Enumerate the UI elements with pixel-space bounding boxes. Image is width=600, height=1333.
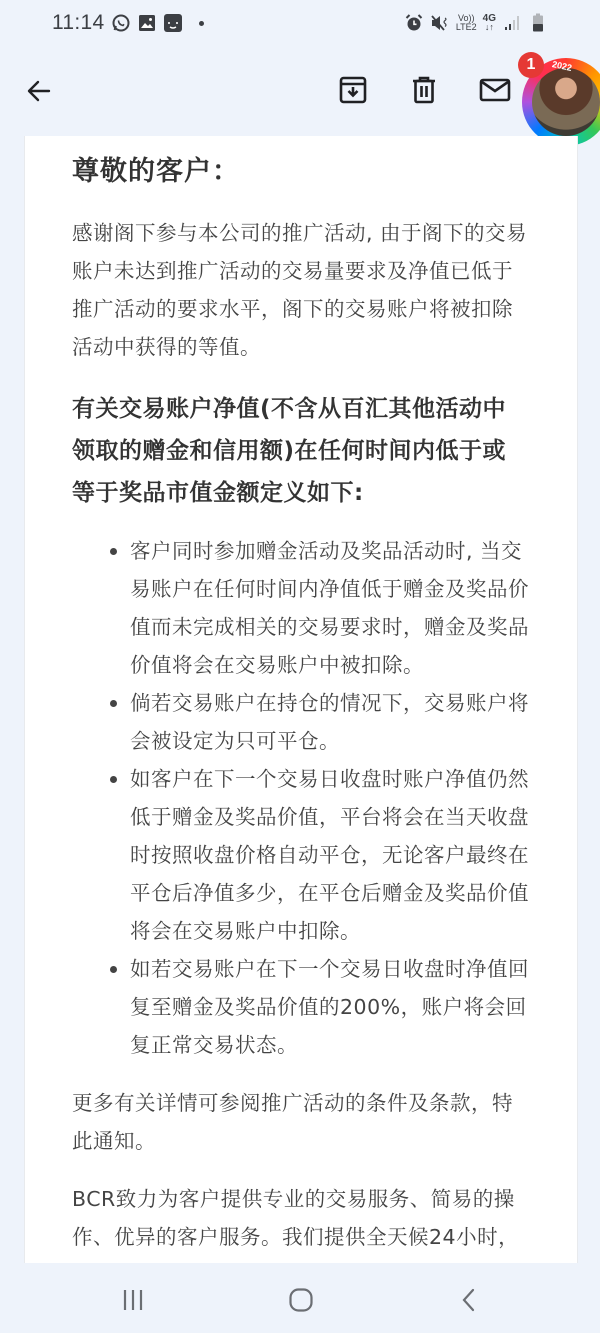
definition-list: 客户同时参加赠金活动及奖品活动时, 当交易账户在任何时间内净值低于赠金及奖品价值… bbox=[72, 532, 529, 1064]
chevron-left-icon bbox=[456, 1287, 482, 1313]
list-item: 倘若交易账户在持仓的情况下，交易账户将会被设定为只可平仓。 bbox=[72, 684, 533, 760]
mark-unread-button[interactable] bbox=[477, 72, 513, 108]
more-notifications-dot bbox=[199, 21, 204, 26]
email-greeting: 尊敬的客户： bbox=[72, 150, 529, 194]
recent-apps-button[interactable] bbox=[118, 1285, 148, 1315]
whatsapp-icon bbox=[111, 13, 131, 33]
system-back-button[interactable] bbox=[454, 1285, 484, 1315]
list-item: 如客户在下一个交易日收盘时账户净值仍然低于赠金及奖品价值，平台将会在当天收盘时按… bbox=[72, 760, 533, 950]
recents-icon bbox=[120, 1287, 146, 1313]
status-left: 11:14 bbox=[52, 11, 204, 35]
battery-icon bbox=[528, 13, 548, 33]
delete-button[interactable] bbox=[406, 72, 442, 108]
email-screen: 11:14 Vo)) LTE2 4G bbox=[0, 0, 600, 1333]
archive-button[interactable] bbox=[335, 72, 371, 108]
email-body-card: 尊敬的客户： 感谢阁下参与本公司的推广活动, 由于阁下的交易账户未达到推广活动的… bbox=[24, 136, 578, 1263]
notification-badge: 1 bbox=[518, 52, 544, 78]
email-intro: 感谢阁下参与本公司的推广活动, 由于阁下的交易账户未达到推广活动的交易量要求及净… bbox=[72, 214, 529, 366]
4g-icon: 4G ↓↑ bbox=[483, 14, 496, 32]
definition-heading: 有关交易账户净值(不含从百汇其他活动中领取的赠金和信用额)在任何时间内低于或等于… bbox=[72, 388, 529, 514]
volte-icon: Vo)) LTE2 bbox=[456, 14, 477, 32]
avatar-photo bbox=[532, 68, 600, 136]
signal-icon bbox=[502, 13, 522, 33]
mute-vibrate-icon bbox=[430, 13, 450, 33]
email-toolbar: 2022 1 bbox=[0, 46, 600, 136]
email-body: 尊敬的客户： 感谢阁下参与本公司的推广活动, 由于阁下的交易账户未达到推广活动的… bbox=[25, 136, 577, 1263]
home-icon bbox=[288, 1287, 314, 1313]
status-right: Vo)) LTE2 4G ↓↑ bbox=[404, 13, 548, 33]
closing-text: BCR致力为客户提供专业的交易服务、简易的操作、优异的客户服务。我们提供全天候2… bbox=[72, 1180, 529, 1263]
alarm-icon bbox=[404, 13, 424, 33]
list-item: 如若交易账户在下一个交易日收盘时净值回复至赠金及奖品价值的200%，账户将会回复… bbox=[72, 950, 533, 1064]
home-button[interactable] bbox=[286, 1285, 316, 1315]
clock: 11:14 bbox=[52, 11, 105, 35]
app-notification-icon bbox=[163, 13, 183, 33]
list-item: 客户同时参加赠金活动及奖品活动时, 当交易账户在任何时间内净值低于赠金及奖品价值… bbox=[72, 532, 533, 684]
mail-icon bbox=[479, 76, 511, 104]
image-icon bbox=[137, 13, 157, 33]
account-avatar-button[interactable]: 2022 1 bbox=[518, 52, 600, 144]
trash-icon bbox=[409, 75, 439, 105]
archive-icon bbox=[338, 75, 368, 105]
arrow-left-icon bbox=[25, 77, 53, 105]
back-button[interactable] bbox=[22, 74, 56, 108]
status-bar: 11:14 Vo)) LTE2 4G bbox=[0, 0, 600, 46]
system-nav-bar bbox=[0, 1263, 600, 1333]
more-info-text: 更多有关详情可参阅推广活动的条件及条款，特此通知。 bbox=[72, 1084, 529, 1160]
